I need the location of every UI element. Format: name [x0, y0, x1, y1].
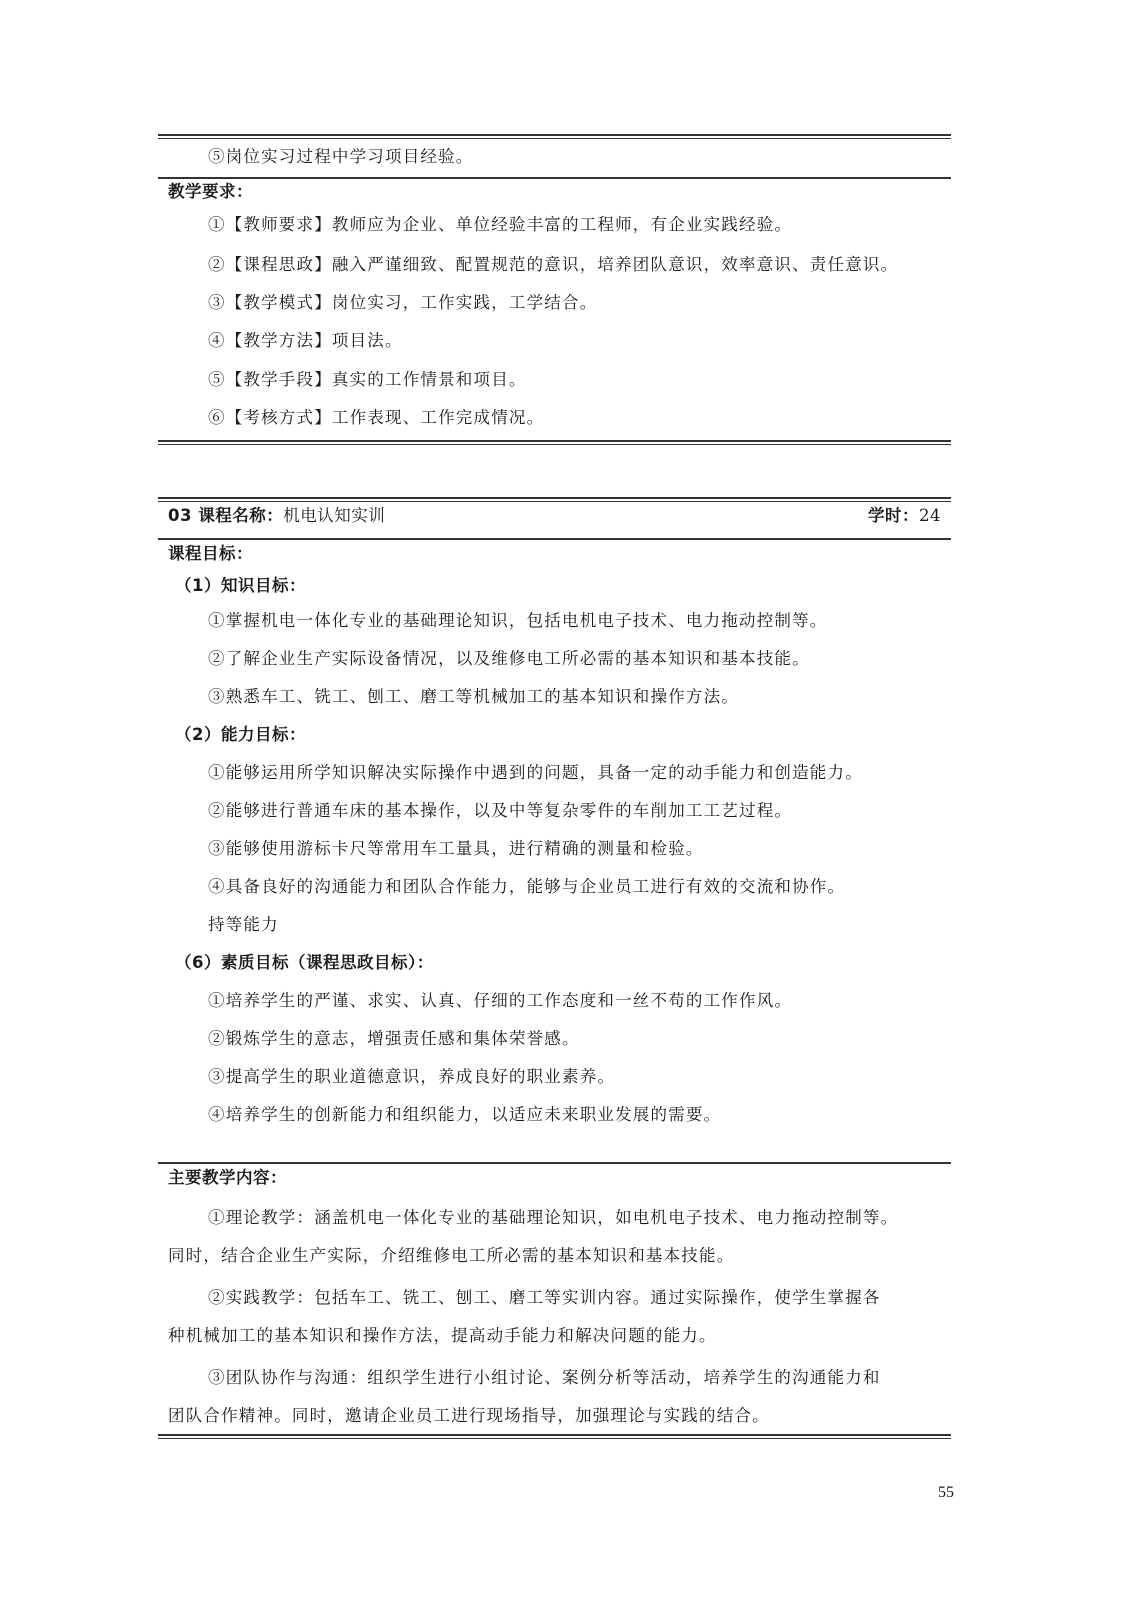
list-item: ③熟悉车工、铣工、刨工、磨工等机械加工的基本知识和操作方法。	[208, 686, 739, 708]
list-item: ③能够使用游标卡尺等常用车工量具，进行精确的测量和检验。	[208, 838, 704, 860]
list-item: ②锻炼学生的意志，增强责任感和集体荣誉感。	[208, 1028, 580, 1050]
course-hours-label: 学时：	[868, 506, 919, 525]
subheading-quality: （6）素质目标（课程思政目标）：	[175, 952, 434, 974]
list-item: ①掌握机电一体化专业的基础理论知识，包括电机电子技术、电力拖动控制等。	[208, 610, 828, 632]
course-hours-value: 24	[919, 506, 941, 525]
section-heading-objectives: 课程目标：	[168, 543, 253, 565]
paragraph-line: ①理论教学：涵盖机电一体化专业的基础理论知识，如电机电子技术、电力拖动控制等。	[208, 1207, 898, 1229]
row-divider	[158, 177, 951, 179]
list-item: ⑤岗位实习过程中学习项目经验。	[208, 146, 474, 168]
course-title-row: 03 课程名称：机电认知实训	[168, 505, 385, 527]
paragraph-line: ②实践教学：包括车工、铣工、刨工、磨工等实训内容。通过实际操作，使学生掌握各	[208, 1287, 881, 1309]
table-bottom-border	[158, 1434, 951, 1439]
list-item: ③【教学模式】岗位实习，工作实践，工学结合。	[208, 292, 597, 314]
list-item: ④培养学生的创新能力和组织能力，以适应未来职业发展的需要。	[208, 1104, 721, 1126]
subheading-ability: （2）能力目标：	[175, 724, 306, 746]
list-item: ④【教学方法】项目法。	[208, 330, 403, 352]
section-heading-content: 主要教学内容：	[168, 1167, 287, 1189]
list-item: ①【教师要求】教师应为企业、单位经验丰富的工程师，有企业实践经验。	[208, 214, 792, 236]
paragraph-line: 团队合作精神。同时，邀请企业员工进行现场指导，加强理论与实践的结合。	[168, 1405, 770, 1427]
course-name-label: 课程名称：	[198, 506, 283, 525]
list-item: ③提高学生的职业道德意识，养成良好的职业素养。	[208, 1066, 615, 1088]
paragraph-line: 同时，结合企业生产实际，介绍维修电工所必需的基本知识和基本技能。	[168, 1245, 734, 1267]
list-item: ①培养学生的严谨、求实、认真、仔细的工作态度和一丝不苟的工作作风。	[208, 990, 792, 1012]
list-item: ②【课程思政】融入严谨细致、配置规范的意识，培养团队意识，效率意识、责任意识。	[208, 254, 898, 276]
table-top-border	[158, 134, 951, 139]
table-bottom-border	[158, 440, 951, 445]
course-hours: 学时：24	[868, 505, 941, 527]
list-item: ⑥【考核方式】工作表现、工作完成情况。	[208, 407, 544, 429]
list-item: ②能够进行普通车床的基本操作，以及中等复杂零件的车削加工工艺过程。	[208, 800, 792, 822]
row-divider	[158, 1162, 951, 1164]
paragraph-line: 种机械加工的基本知识和操作方法，提高动手能力和解决问题的能力。	[168, 1325, 717, 1347]
list-item: ①能够运用所学知识解决实际操作中遇到的问题，具备一定的动手能力和创造能力。	[208, 762, 863, 784]
paragraph-line: ③团队协作与沟通：组织学生进行小组讨论、案例分析等活动，培养学生的沟通能力和	[208, 1367, 881, 1389]
course-name: 机电认知实训	[283, 506, 385, 525]
list-item: ⑤【教学手段】真实的工作情景和项目。	[208, 369, 527, 391]
list-item: ②了解企业生产实际设备情况，以及维修电工所必需的基本知识和基本技能。	[208, 648, 810, 670]
course-number: 03	[168, 506, 192, 525]
list-item: 持等能力	[208, 914, 279, 936]
table-top-border	[158, 497, 951, 502]
section-heading-teaching-requirements: 教学要求：	[168, 181, 253, 203]
row-divider	[158, 538, 951, 540]
list-item: ④具备良好的沟通能力和团队合作能力，能够与企业员工进行有效的交流和协作。	[208, 876, 845, 898]
subheading-knowledge: （1）知识目标：	[175, 575, 306, 597]
page-number: 55	[938, 1484, 954, 1502]
